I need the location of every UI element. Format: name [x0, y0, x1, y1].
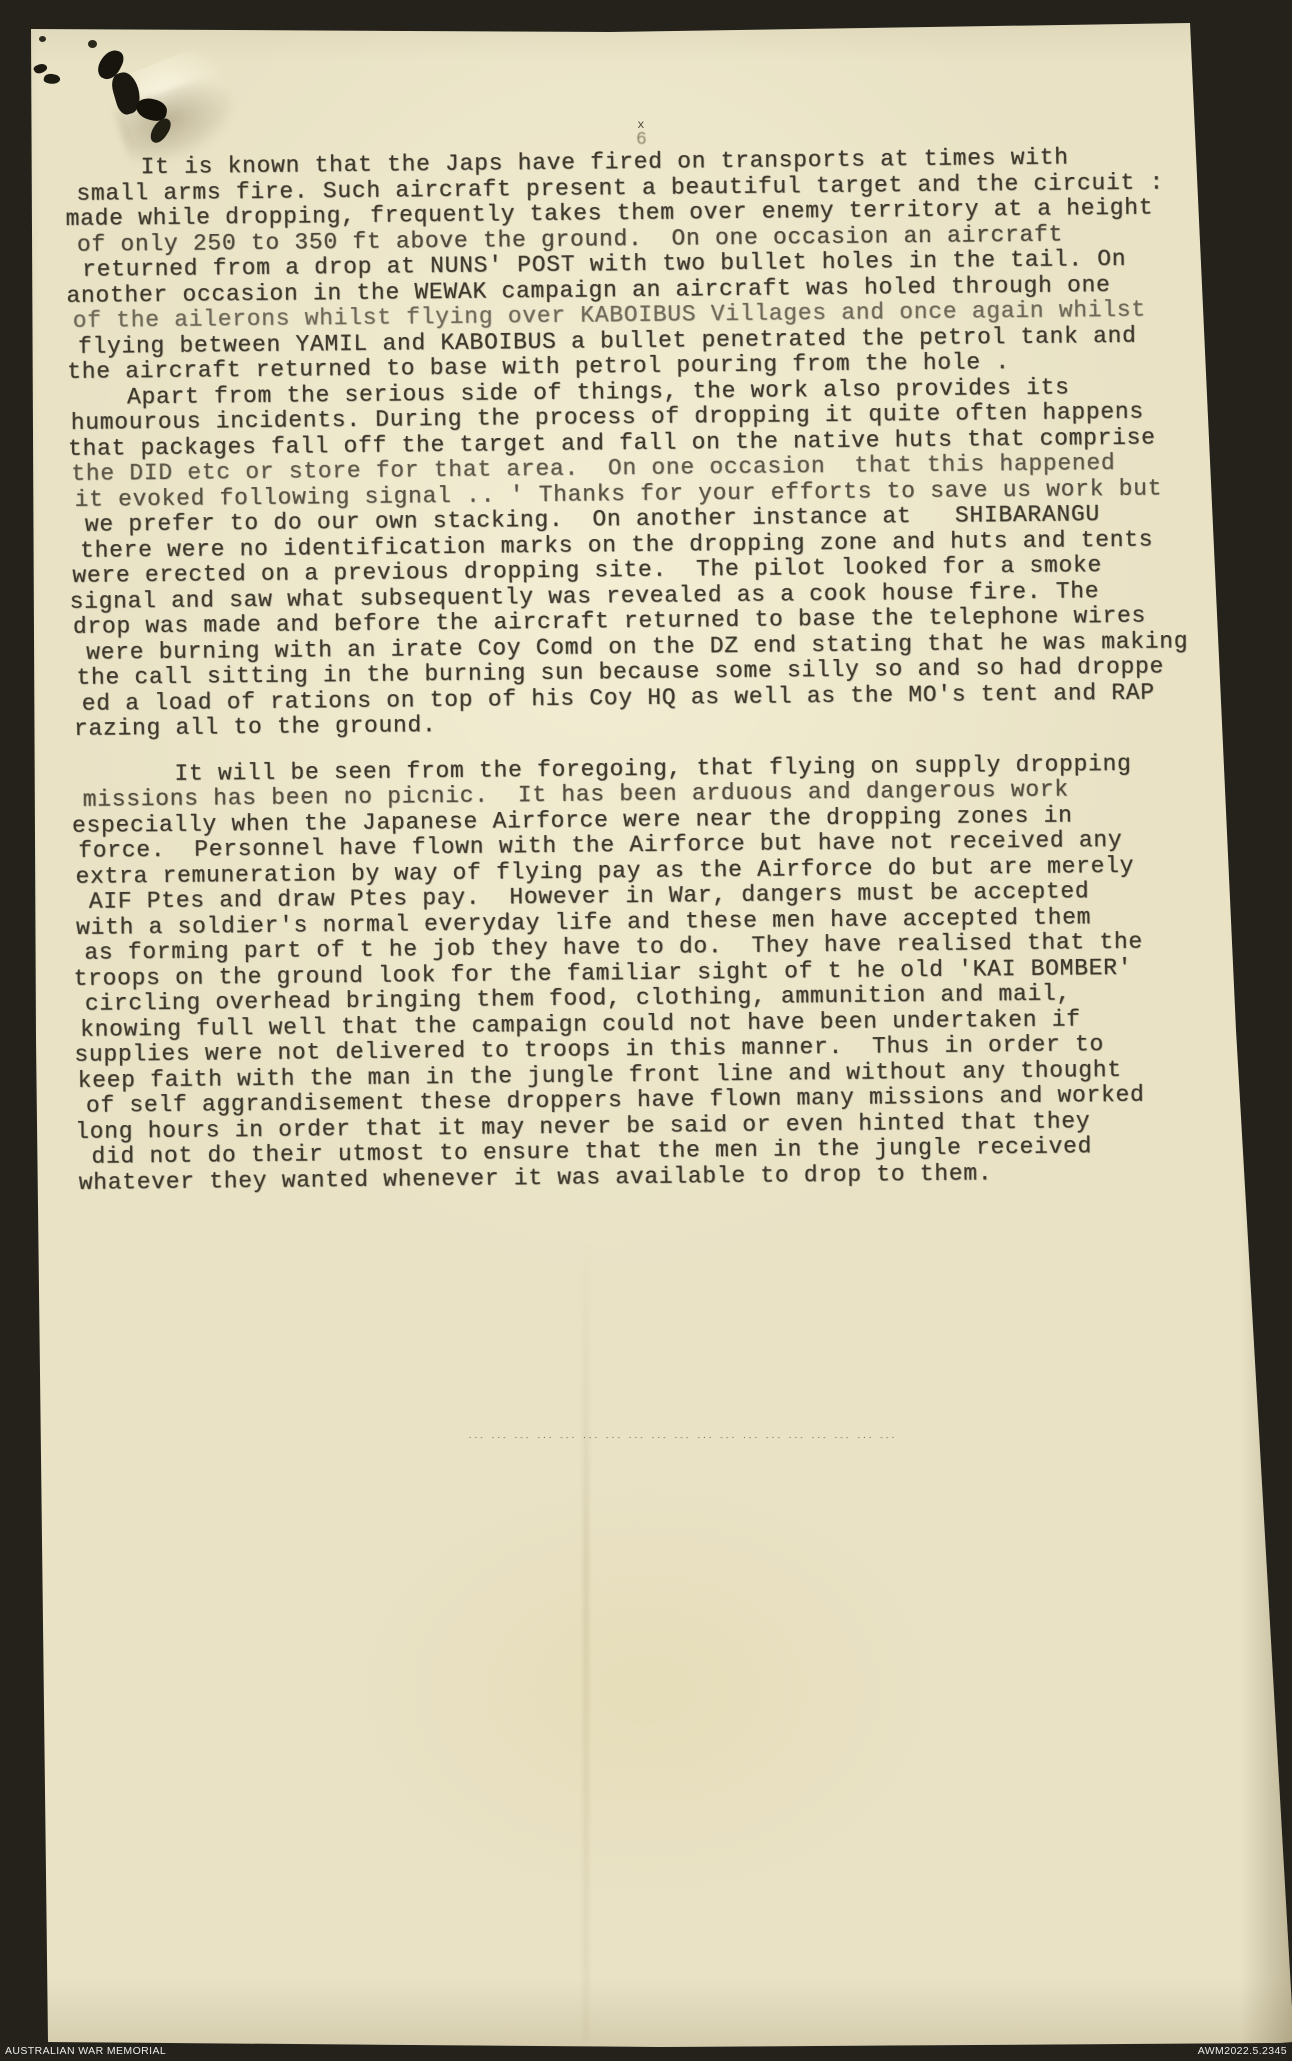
scan-backdrop: x 6 It is known that the Japs have fired…	[0, 0, 1292, 2061]
ink-speck	[88, 40, 97, 48]
document-page: x 6 It is known that the Japs have fired…	[0, 0, 1292, 2061]
typed-separator-marks: ··- -·- ·-- -·· --· ·-· -·- ··- -·- ·-- …	[468, 1434, 798, 1442]
ink-speck	[39, 36, 46, 42]
typewritten-text: It is known that the Japs have fired on …	[68, 144, 1209, 1196]
paper-crease	[584, 1240, 588, 2040]
archive-name: AUSTRALIAN WAR MEMORIAL	[5, 2045, 166, 2057]
page-number-block: x 6	[636, 118, 647, 150]
catalog-number: AWM2022.5.2345	[1198, 2045, 1287, 2057]
archive-footer: AUSTRALIAN WAR MEMORIAL AWM2022.5.2345	[0, 2040, 1292, 2061]
ink-speck	[43, 72, 61, 86]
page-number: 6	[636, 130, 647, 150]
